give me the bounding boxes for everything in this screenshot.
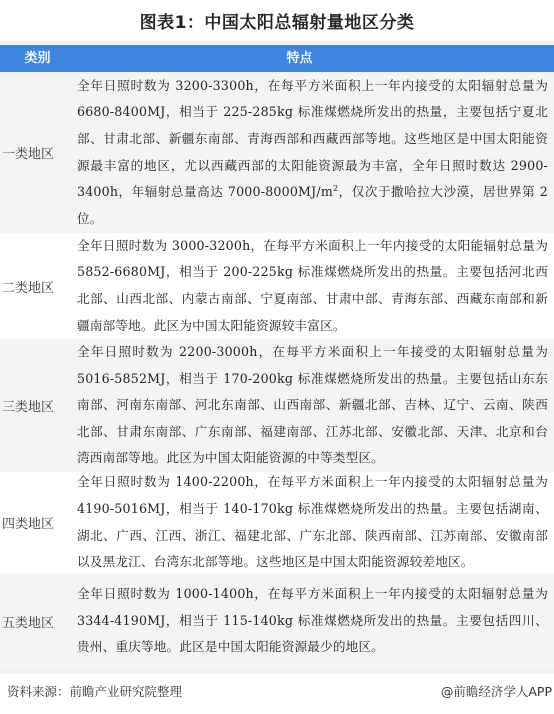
row-category: 四类地区 xyxy=(0,513,75,532)
table-header: 类别 特点 xyxy=(0,45,554,72)
row-category: 二类地区 xyxy=(0,277,75,296)
row-description: 全年日照时数为 3200-3300h，在每平方米面积上一年内接受的太阳辐射总量为… xyxy=(75,73,554,233)
source-note: 资料来源：前瞻产业研究院整理 xyxy=(7,682,182,700)
table-row: 四类地区 全年日照时数为 1400-2200h，在每平方米面积上一年内接受的太阳… xyxy=(0,472,554,573)
table-row: 五类地区 全年日照时数为 1000-1400h，在每平方米面积上一年内接受的太阳… xyxy=(0,573,554,669)
region-classification-table: 类别 特点 一类地区 全年日照时数为 3200-3300h，在每平方米面积上一年… xyxy=(0,45,554,669)
row-description: 全年日照时数为 1000-1400h，在每平方米面积上一年内接受的太阳辐射总量为… xyxy=(75,581,554,661)
row-description: 全年日照时数为 1400-2200h，在每平方米面积上一年内接受的太阳辐射总量为… xyxy=(75,469,554,575)
brand-credit: @前瞻经济学人APP xyxy=(441,682,552,700)
row-description: 全年日照时数为 3000-3200h，在每平方米面积上一年内接受的太阳能辐射总量… xyxy=(75,233,554,339)
row-category: 三类地区 xyxy=(0,396,75,415)
table-row: 一类地区 全年日照时数为 3200-3300h，在每平方米面积上一年内接受的太阳… xyxy=(0,72,554,233)
row-category: 一类地区 xyxy=(0,143,75,162)
table-bottom-band xyxy=(0,669,554,674)
table-row: 三类地区 全年日照时数为 2200-3000h，在每平方米面积上一年接受的太阳辐… xyxy=(0,339,554,472)
row-description-text: 全年日照时数为 3200-3300h，在每平方米面积上一年内接受的太阳辐射总量为… xyxy=(77,78,548,199)
table-row: 二类地区 全年日照时数为 3000-3200h，在每平方米面积上一年内接受的太阳… xyxy=(0,233,554,339)
header-category: 类别 xyxy=(0,45,75,72)
row-category: 五类地区 xyxy=(0,612,75,631)
header-features: 特点 xyxy=(75,45,554,72)
chart-title: 图表1：中国太阳总辐射量地区分类 xyxy=(0,8,554,33)
row-description: 全年日照时数为 2200-3000h，在每平方米面积上一年接受的太阳辐射总量为 … xyxy=(75,339,554,472)
